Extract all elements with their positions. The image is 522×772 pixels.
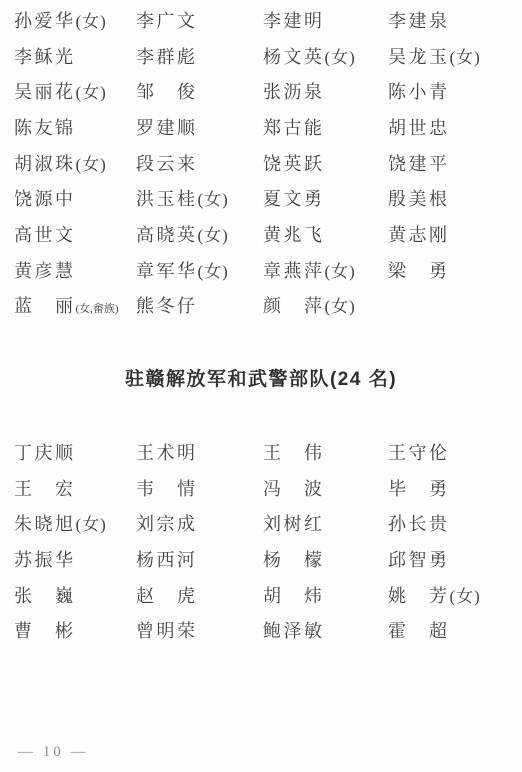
person-name: 黄兆飞 [263, 225, 325, 245]
person-name: 邱智勇 [388, 550, 450, 570]
name-cell: 曹 彬 [14, 617, 136, 643]
name-cell: 颜 萍(女) [263, 292, 388, 318]
document-page: 孙爱华(女)李广文李建明李建泉李稣光李群彪杨文英(女)吴龙玉(女)吴丽花(女)邹… [0, 0, 522, 772]
gender-ethnicity-note: (女,畲族) [76, 303, 119, 315]
person-name: 饶英跃 [263, 154, 325, 174]
name-cell: 王守伦 [388, 439, 522, 465]
gender-ethnicity-note: (女) [198, 262, 229, 281]
person-name: 孙爱华 [14, 11, 76, 31]
person-name: 蓝 丽 [14, 296, 76, 316]
name-row: 胡淑珠(女)段云来饶英跃饶建平 [0, 145, 522, 181]
person-name: 章军华 [136, 261, 198, 281]
person-name: 吴龙玉 [388, 47, 450, 67]
person-name: 王 宏 [14, 479, 76, 499]
person-name: 夏文勇 [263, 189, 325, 209]
name-row: 饶源中洪玉桂(女)夏文勇殷美根 [0, 180, 522, 216]
person-name: 洪玉桂 [136, 189, 198, 209]
person-name: 李建明 [263, 11, 325, 31]
name-row: 孙爱华(女)李广文李建明李建泉 [0, 2, 522, 38]
section-heading: 驻赣解放军和武警部队(24 名) [0, 364, 522, 391]
gender-ethnicity-note: (女) [325, 297, 356, 316]
name-cell: 胡 炜 [263, 582, 388, 608]
name-cell: 郑古能 [263, 114, 388, 140]
name-row: 朱晓旭(女)刘宗成刘树红孙长贵 [0, 505, 522, 541]
name-cell: 章军华(女) [136, 257, 263, 283]
name-cell: 李建泉 [388, 7, 522, 33]
page-number: — 10 — [18, 744, 89, 761]
name-cell: 孙长贵 [388, 510, 522, 536]
person-name: 杨西河 [136, 550, 198, 570]
name-row: 苏振华杨西河杨 檬邱智勇 [0, 541, 522, 577]
name-cell: 胡世忠 [388, 114, 522, 140]
name-cell: 王 宏 [14, 475, 136, 501]
person-name: 黄志刚 [388, 225, 450, 245]
person-name: 曾明荣 [136, 621, 198, 641]
name-cell: 陈小青 [388, 78, 522, 104]
person-name: 赵 虎 [136, 586, 198, 606]
person-name: 丁庆顺 [14, 443, 76, 463]
name-row: 李稣光李群彪杨文英(女)吴龙玉(女) [0, 38, 522, 74]
person-name: 刘宗成 [136, 514, 198, 534]
person-name: 李稣光 [14, 47, 76, 67]
name-cell: 赵 虎 [136, 582, 263, 608]
person-name: 李群彪 [136, 47, 198, 67]
gender-ethnicity-note: (女) [325, 48, 356, 67]
name-cell: 熊冬仔 [136, 292, 263, 318]
name-row: 蓝 丽(女,畲族)熊冬仔颜 萍(女) [0, 288, 522, 324]
person-name: 毕 勇 [388, 479, 450, 499]
name-cell: 黄志刚 [388, 221, 522, 247]
person-name: 姚 芳 [388, 586, 450, 606]
person-name: 朱晓旭 [14, 514, 76, 534]
name-cell: 饶英跃 [263, 150, 388, 176]
name-row: 丁庆顺王术明王 伟王守伦 [0, 434, 522, 470]
gender-ethnicity-note: (女) [76, 515, 107, 534]
person-name: 苏振华 [14, 550, 76, 570]
gender-ethnicity-note: (女) [450, 587, 481, 606]
name-cell: 洪玉桂(女) [136, 185, 263, 211]
name-cell: 曾明荣 [136, 617, 263, 643]
name-row: 高世文高晓英(女)黄兆飞黄志刚 [0, 216, 522, 252]
name-cell: 李广文 [136, 7, 263, 33]
person-name: 梁 勇 [388, 261, 450, 281]
name-cell: 饶建平 [388, 150, 522, 176]
gender-ethnicity-note: (女) [76, 83, 107, 102]
person-name: 殷美根 [388, 189, 450, 209]
person-name: 郑古能 [263, 118, 325, 138]
name-cell: 张沥泉 [263, 78, 388, 104]
person-name: 邹 俊 [136, 82, 198, 102]
name-cell: 高世文 [14, 221, 136, 247]
gender-ethnicity-note: (女) [450, 48, 481, 67]
name-cell: 胡淑珠(女) [14, 150, 136, 176]
name-cell: 蓝 丽(女,畲族) [14, 292, 136, 318]
name-cell: 霍 超 [388, 617, 522, 643]
name-cell: 李稣光 [14, 43, 136, 69]
person-name: 张沥泉 [263, 82, 325, 102]
name-cell: 冯 波 [263, 475, 388, 501]
name-cell: 邱智勇 [388, 546, 522, 572]
gender-ethnicity-note: (女) [76, 12, 107, 31]
name-row: 吴丽花(女)邹 俊张沥泉陈小青 [0, 73, 522, 109]
gender-ethnicity-note: (女) [198, 226, 229, 245]
name-row: 黄彦慧章军华(女)章燕萍(女)梁 勇 [0, 252, 522, 288]
name-list-section-military: 丁庆顺王术明王 伟王守伦王 宏韦 情冯 波毕 勇朱晓旭(女)刘宗成刘树红孙长贵苏… [0, 434, 522, 648]
name-row: 曹 彬曾明荣鲍泽敏霍 超 [0, 612, 522, 648]
person-name: 李广文 [136, 11, 198, 31]
person-name: 吴丽花 [14, 82, 76, 102]
person-name: 黄彦慧 [14, 261, 76, 281]
person-name: 杨 檬 [263, 550, 325, 570]
name-cell: 张 巍 [14, 582, 136, 608]
person-name: 陈小青 [388, 82, 450, 102]
name-cell: 毕 勇 [388, 475, 522, 501]
person-name: 高晓英 [136, 225, 198, 245]
person-name: 颜 萍 [263, 296, 325, 316]
name-cell: 杨西河 [136, 546, 263, 572]
name-cell: 邹 俊 [136, 78, 263, 104]
person-name: 饶源中 [14, 189, 76, 209]
name-cell: 杨 檬 [263, 546, 388, 572]
person-name: 冯 波 [263, 479, 325, 499]
name-cell: 夏文勇 [263, 185, 388, 211]
person-name: 鲍泽敏 [263, 621, 325, 641]
name-cell: 杨文英(女) [263, 43, 388, 69]
name-cell: 苏振华 [14, 546, 136, 572]
name-cell: 黄彦慧 [14, 257, 136, 283]
name-cell: 丁庆顺 [14, 439, 136, 465]
gender-ethnicity-note: (女) [76, 155, 107, 174]
name-row: 张 巍赵 虎胡 炜姚 芳(女) [0, 577, 522, 613]
name-cell: 罗建顺 [136, 114, 263, 140]
name-cell: 殷美根 [388, 185, 522, 211]
person-name: 胡世忠 [388, 118, 450, 138]
name-cell: 刘宗成 [136, 510, 263, 536]
name-cell: 李建明 [263, 7, 388, 33]
person-name: 胡 炜 [263, 586, 325, 606]
person-name: 王术明 [136, 443, 198, 463]
person-name: 罗建顺 [136, 118, 198, 138]
person-name: 刘树红 [263, 514, 325, 534]
person-name: 李建泉 [388, 11, 450, 31]
person-name: 胡淑珠 [14, 154, 76, 174]
name-row: 王 宏韦 情冯 波毕 勇 [0, 470, 522, 506]
person-name: 韦 情 [136, 479, 198, 499]
name-cell: 黄兆飞 [263, 221, 388, 247]
name-cell: 段云来 [136, 150, 263, 176]
name-cell: 饶源中 [14, 185, 136, 211]
name-cell: 王术明 [136, 439, 263, 465]
name-cell: 高晓英(女) [136, 221, 263, 247]
gender-ethnicity-note: (女) [198, 190, 229, 209]
name-row: 陈友锦罗建顺郑古能胡世忠 [0, 109, 522, 145]
person-name: 霍 超 [388, 621, 450, 641]
name-cell: 李群彪 [136, 43, 263, 69]
person-name: 段云来 [136, 154, 198, 174]
name-cell: 朱晓旭(女) [14, 510, 136, 536]
name-cell: 刘树红 [263, 510, 388, 536]
name-cell: 章燕萍(女) [263, 257, 388, 283]
person-name: 熊冬仔 [136, 296, 198, 316]
name-cell: 王 伟 [263, 439, 388, 465]
name-cell: 梁 勇 [388, 257, 522, 283]
name-list-section-continued: 孙爱华(女)李广文李建明李建泉李稣光李群彪杨文英(女)吴龙玉(女)吴丽花(女)邹… [0, 2, 522, 323]
name-cell: 吴龙玉(女) [388, 43, 522, 69]
name-cell: 陈友锦 [14, 114, 136, 140]
person-name: 王 伟 [263, 443, 325, 463]
person-name: 张 巍 [14, 586, 76, 606]
name-cell: 鲍泽敏 [263, 617, 388, 643]
person-name: 曹 彬 [14, 621, 76, 641]
person-name: 饶建平 [388, 154, 450, 174]
person-name: 孙长贵 [388, 514, 450, 534]
person-name: 陈友锦 [14, 118, 76, 138]
gender-ethnicity-note: (女) [325, 262, 356, 281]
person-name: 高世文 [14, 225, 76, 245]
person-name: 杨文英 [263, 47, 325, 67]
person-name: 章燕萍 [263, 261, 325, 281]
person-name: 王守伦 [388, 443, 450, 463]
name-cell: 姚 芳(女) [388, 582, 522, 608]
name-cell: 吴丽花(女) [14, 78, 136, 104]
name-cell: 韦 情 [136, 475, 263, 501]
name-cell: 孙爱华(女) [14, 7, 136, 33]
